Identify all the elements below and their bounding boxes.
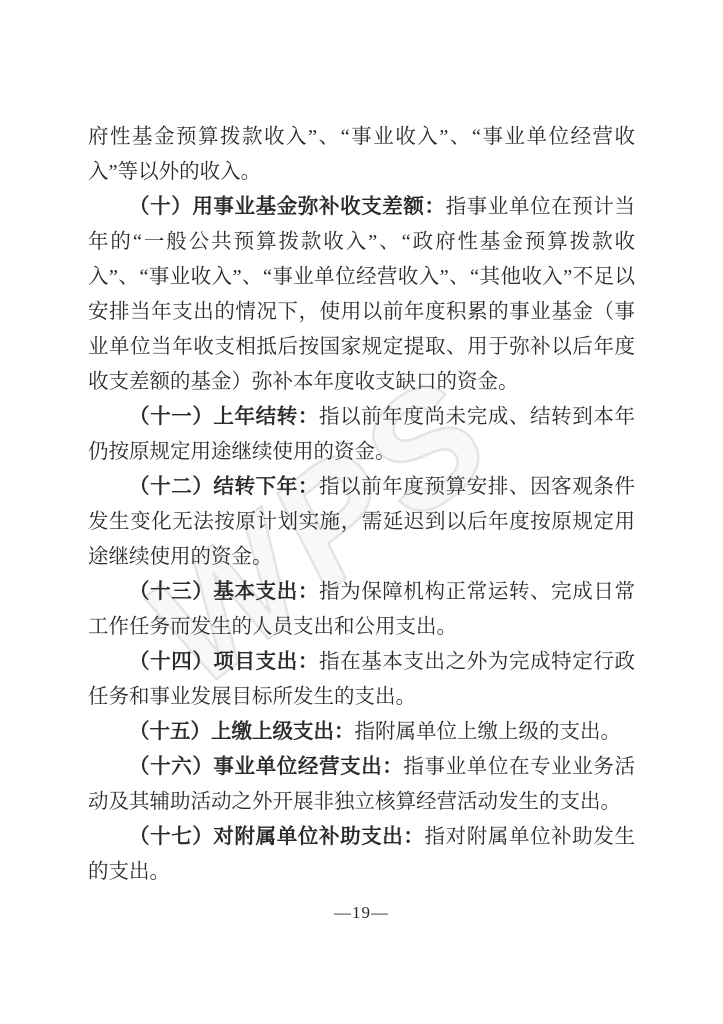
paragraph: （十三）基本支出：指为保障机构正常运转、完成日常工作任务而发生的人员支出和公用支…: [88, 575, 635, 645]
paragraph-term: （十三）基本支出：: [129, 581, 319, 603]
paragraph-term: （十）用事业基金弥补收支差额：: [129, 196, 446, 218]
paragraph-term: （十四）项目支出：: [129, 651, 319, 673]
document-body: 府性基金预算拨款收入”、“事业收入”、“事业单位经营收入”等以外的收入。 （十）…: [88, 120, 635, 890]
paragraph: （十六）事业单位经营支出：指事业单位在专业业务活动及其辅助活动之外开展非独立核算…: [88, 750, 635, 820]
paragraph: 府性基金预算拨款收入”、“事业收入”、“事业单位经营收入”等以外的收入。: [88, 120, 635, 190]
page-number: —19—: [0, 903, 723, 923]
paragraph: （十五）上缴上级支出：指附属单位上缴上级的支出。: [88, 715, 635, 750]
paragraph-text: 指事业单位在预计当年的“一般公共预算拨款收入”、“政府性基金预算拨款收入”、“事…: [88, 196, 635, 393]
paragraph: （十七）对附属单位补助支出：指对附属单位补助发生的支出。: [88, 820, 635, 890]
paragraph-text: 指附属单位上缴上级的支出。: [355, 721, 622, 743]
paragraph-term: （十六）事业单位经营支出：: [129, 756, 403, 778]
paragraph: （十）用事业基金弥补收支差额：指事业单位在预计当年的“一般公共预算拨款收入”、“…: [88, 190, 635, 400]
paragraph: （十二）结转下年：指以前年度预算安排、因客观条件发生变化无法按原计划实施，需延迟…: [88, 470, 635, 575]
paragraph: （十一）上年结转：指以前年度尚未完成、结转到本年仍按原规定用途继续使用的资金。: [88, 400, 635, 470]
paragraph-term: （十一）上年结转：: [129, 406, 319, 428]
paragraph-text: 府性基金预算拨款收入”、“事业收入”、“事业单位经营收入”等以外的收入。: [88, 126, 635, 183]
document-page: WPS 府性基金预算拨款收入”、“事业收入”、“事业单位经营收入”等以外的收入。…: [0, 0, 723, 1024]
paragraph-term: （十七）对附属单位补助支出：: [129, 826, 425, 848]
paragraph-term: （十二）结转下年：: [129, 476, 319, 498]
paragraph: （十四）项目支出：指在基本支出之外为完成特定行政任务和事业发展目标所发生的支出。: [88, 645, 635, 715]
paragraph-term: （十五）上缴上级支出：: [129, 721, 355, 743]
